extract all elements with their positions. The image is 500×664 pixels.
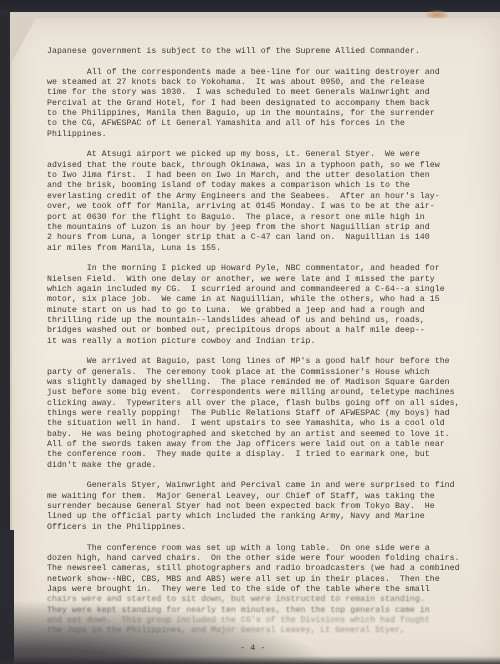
paragraph-gap xyxy=(47,140,467,150)
text-line: Officers in the Philippines. xyxy=(47,523,467,533)
text-line: Generals Styer, Wainwright and Percival … xyxy=(47,481,467,491)
text-line: At Atsugi airport we picked up my boss, … xyxy=(47,150,467,160)
text-line: lined up the official party which includ… xyxy=(47,512,467,522)
text-line: chairs were and started to sit down, but… xyxy=(47,595,467,605)
bottom-edge-shadow xyxy=(0,656,500,664)
text-line: which again included my CG. I scurried a… xyxy=(47,285,467,295)
text-line: motor, six place job. We came in at Nagu… xyxy=(47,295,467,305)
text-line: The newsreel cameras, still photographer… xyxy=(47,564,467,574)
text-line: surrender because General Styer had not … xyxy=(47,502,467,512)
text-line: They were kept standing for nearly ten m… xyxy=(47,606,467,616)
paragraph-gap xyxy=(47,347,467,357)
paragraph: Japanese government is subject to the wi… xyxy=(47,47,467,57)
text-line: party of generals. The ceremony took pla… xyxy=(47,368,467,378)
text-line: everlasting credit of the Army Engineers… xyxy=(47,192,467,202)
text-line: me waiting for them. Major General Leave… xyxy=(47,492,467,502)
text-line: dozen high, hand carved chairs. On the o… xyxy=(47,554,467,564)
text-line: the mountains of Luzon is an hour by jee… xyxy=(47,223,467,233)
text-line: didn't make the grade. xyxy=(47,461,467,471)
paragraph: The conference room was set up with a lo… xyxy=(47,544,467,637)
text-line: In the morning I picked up Howard Pyle, … xyxy=(47,264,467,274)
paragraph-gap xyxy=(47,254,467,264)
text-line: to the Philippines, Manila then Baguio, … xyxy=(47,109,467,119)
text-line: Japs were brought in. They were led to t… xyxy=(47,585,467,595)
text-line: and sat down. This group included the CG… xyxy=(47,616,467,626)
text-line: was slightly damaged by shelling. The pl… xyxy=(47,378,467,388)
paragraph: We arrived at Baguio, past long lines of… xyxy=(47,357,467,471)
paragraph: Generals Styer, Wainwright and Percival … xyxy=(47,481,467,533)
page-number: - 4 - xyxy=(240,643,266,653)
paragraph-gap xyxy=(47,57,467,67)
text-line: and the brisk, booming island of today m… xyxy=(47,181,467,191)
text-line: we steamed at 27 knots back to Yokohama.… xyxy=(47,78,467,88)
text-line: baby. He was being photographed and sket… xyxy=(47,430,467,440)
text-line: to the CG, AFWESPAC of Lt General Yamash… xyxy=(47,119,467,129)
text-line: time for the story was 1030. I was sched… xyxy=(47,88,467,98)
paragraph: All of the correspondents made a bee-lin… xyxy=(47,68,467,140)
text-line: the conference room. They made quite a d… xyxy=(47,450,467,460)
shadow xyxy=(0,530,14,664)
text-line: All of the correspondents made a bee-lin… xyxy=(47,68,467,78)
text-line: clicking away. Typewriters all over the … xyxy=(47,399,467,409)
text-line: The conference room was set up with a lo… xyxy=(47,544,467,554)
text-line: minute start on us had to go to Luna. We… xyxy=(47,306,467,316)
text-line: things were really popping! The Public R… xyxy=(47,409,467,419)
paragraph: At Atsugi airport we picked up my boss, … xyxy=(47,150,467,253)
text-line: advised that the route back, through Oki… xyxy=(47,161,467,171)
text-line: Nielsen Field. With one delay or another… xyxy=(47,275,467,285)
text-line: air miles from Manila, Luna is 155. xyxy=(47,244,467,254)
paragraph-gap xyxy=(47,471,467,481)
text-line: port at 0630 for the flight to Baguio. T… xyxy=(47,213,467,223)
text-line: Japanese government is subject to the wi… xyxy=(47,47,467,57)
text-line: bridges washed out or bombed out, precip… xyxy=(47,326,467,336)
text-line: the Japs in the Philippines, and Major G… xyxy=(47,626,467,636)
text-line: thrilling ride up the mountain--landslid… xyxy=(47,316,467,326)
text-line: Percival at the Grand Hotel, for I had b… xyxy=(47,99,467,109)
text-line: 2 hours from Luna, a longer strip that a… xyxy=(47,233,467,243)
text-line: to Iwo Jima first. I had been on Iwo in … xyxy=(47,171,467,181)
paragraph: In the morning I picked up Howard Pyle, … xyxy=(47,264,467,347)
text-line: We arrived at Baguio, past long lines of… xyxy=(47,357,467,367)
text-line: over, we took off for Manila, arriving a… xyxy=(47,202,467,212)
text-line: the situation well in hand. I went upsta… xyxy=(47,419,467,429)
text-line: All of the swords taken away from the Ja… xyxy=(47,440,467,450)
document-body: Japanese government is subject to the wi… xyxy=(47,47,467,637)
text-line: network show--NBC, CBS, MBS and ABS) wer… xyxy=(47,575,467,585)
text-line: it was really a motion picture cowboy an… xyxy=(47,337,467,347)
text-line: Philippines. xyxy=(47,130,467,140)
text-line: just before some big event. Corresponden… xyxy=(47,388,467,398)
paragraph-gap xyxy=(47,533,467,543)
